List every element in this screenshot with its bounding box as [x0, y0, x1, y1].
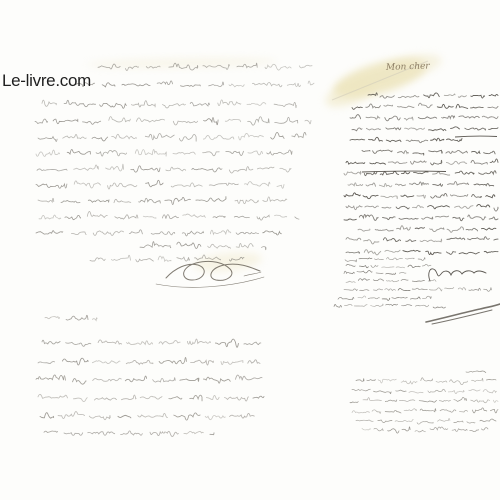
- handwriting-word: [74, 165, 99, 170]
- handwriting-word: [73, 398, 87, 402]
- handwriting-word: [412, 280, 424, 281]
- handwriting-word: [385, 400, 397, 402]
- handwriting-word: [446, 150, 468, 153]
- handwriting-word: [424, 93, 440, 98]
- handwriting-word: [367, 380, 376, 381]
- letter-top-left: [35, 63, 314, 262]
- handwriting-word: [447, 138, 463, 141]
- handwriting-word: [429, 288, 442, 291]
- handwriting-word: [190, 395, 202, 401]
- handwriting-word: [370, 163, 386, 165]
- handwriting-word: [348, 183, 363, 186]
- handwriting-word: [366, 128, 380, 130]
- handwriting-word: [67, 150, 90, 155]
- handwriting-word: [280, 168, 291, 172]
- handwriting-word: [229, 84, 244, 87]
- handwriting-word: [64, 100, 96, 107]
- handwriting-word: [469, 390, 480, 391]
- handwriting-word: [210, 433, 214, 435]
- handwriting-word: [364, 172, 377, 176]
- handwriting-word: [346, 264, 355, 266]
- handwriting-word: [179, 134, 196, 141]
- handwriting-word: [346, 281, 355, 282]
- handwriting-word: [171, 183, 202, 187]
- handwriting-word: [203, 152, 220, 156]
- handwriting-word: [418, 258, 425, 261]
- handwriting-word: [210, 230, 230, 234]
- handwriting-word: [471, 95, 485, 98]
- handwriting-word: [420, 239, 442, 242]
- handwriting-word: [100, 103, 127, 108]
- handwriting-word: [121, 395, 136, 400]
- page-corner-stroke-path: [432, 310, 492, 324]
- handwriting-word: [65, 215, 81, 219]
- handwriting-word: [190, 102, 209, 106]
- handwriting-word: [44, 431, 58, 433]
- handwriting-word: [490, 159, 498, 163]
- handwriting-word: [404, 117, 413, 120]
- handwriting-word: [415, 228, 424, 229]
- handwriting-word: [455, 171, 474, 174]
- handwriting-word: [402, 427, 410, 431]
- handwriting-word: [38, 361, 55, 363]
- handwriting-word: [486, 195, 495, 198]
- handwriting-word: [371, 265, 378, 267]
- handwriting-word: [409, 182, 428, 186]
- handwriting-word: [159, 357, 186, 363]
- handwriting-word: [122, 84, 150, 86]
- handwriting-word: [440, 410, 456, 413]
- handwriting-word: [471, 400, 490, 403]
- handwriting-word: [396, 390, 407, 391]
- handwriting-word: [209, 82, 224, 87]
- handwriting-word: [93, 378, 122, 381]
- handwriting-word: [459, 116, 480, 118]
- handwriting-word: [365, 206, 379, 208]
- handwriting-word: [460, 410, 468, 412]
- handwriting-word: [417, 421, 433, 424]
- handwriting-word: [125, 376, 146, 382]
- handwriting-word: [386, 304, 398, 305]
- handwriting-word: [204, 118, 219, 125]
- handwriting-word: [466, 371, 486, 373]
- handwriting-word: [381, 196, 397, 199]
- fragment-bottom-right: [350, 371, 498, 433]
- handwriting-word: [92, 318, 97, 321]
- handwriting-word: [494, 239, 498, 240]
- handwriting-word: [405, 128, 425, 130]
- handwriting-word: [36, 231, 63, 234]
- handwriting-word: [484, 251, 498, 253]
- handwriting-word: [66, 315, 88, 320]
- handwriting-word: [396, 206, 409, 209]
- handwriting-word: [374, 428, 384, 430]
- handwriting-word: [109, 117, 131, 122]
- handwriting-word: [373, 279, 383, 281]
- handwriting-word: [362, 150, 370, 151]
- handwriting-word: [305, 120, 311, 124]
- handwriting-word: [382, 267, 394, 268]
- handwriting-word: [420, 409, 436, 412]
- handwriting-word: [98, 340, 122, 344]
- handwriting-word: [356, 379, 364, 382]
- handwriting-word: [165, 197, 191, 204]
- handwriting-word: [53, 119, 78, 124]
- watermark-text: Le-livre.com: [2, 71, 91, 91]
- handwriting-word: [469, 288, 481, 290]
- handwriting-word: [459, 252, 479, 254]
- handwriting-word: [488, 107, 498, 109]
- handwriting-word: [35, 119, 48, 123]
- handwriting-word: [36, 150, 60, 156]
- handwriting-word: [374, 259, 383, 260]
- handwriting-word: [299, 65, 312, 68]
- handwriting-word: [453, 217, 464, 220]
- handwriting-word: [106, 164, 124, 171]
- handwriting-word: [368, 298, 379, 299]
- handwriting-word: [428, 389, 446, 392]
- handwriting-word: [436, 381, 447, 382]
- handwriting-word: [418, 117, 436, 119]
- handwriting-word: [92, 137, 108, 141]
- handwriting-word: [39, 215, 61, 219]
- handwriting-word: [423, 296, 432, 299]
- handwriting-word: [401, 195, 414, 197]
- handwriting-word: [395, 420, 413, 422]
- handwriting-word: [465, 128, 486, 130]
- handwriting-word: [481, 428, 488, 430]
- handwriting-word: [385, 410, 401, 413]
- handwriting-word: [151, 232, 175, 235]
- handwriting-word: [140, 396, 162, 399]
- handwriting-word: [447, 227, 463, 233]
- handwriting-word: [131, 101, 155, 107]
- handwriting-word: [494, 400, 499, 402]
- handwriting-word: [413, 205, 424, 208]
- handwriting-word: [409, 392, 423, 394]
- handwriting-word: [352, 128, 362, 131]
- handwriting-word: [226, 151, 244, 155]
- handwriting-word: [230, 413, 255, 418]
- handwriting-word: [88, 200, 109, 203]
- handwriting-word: [359, 258, 372, 259]
- handwriting-word: [380, 171, 398, 174]
- handwriting-word: [433, 184, 443, 186]
- handwriting-word: [479, 171, 497, 175]
- handwriting-word: [430, 427, 448, 430]
- handwriting-word: [385, 250, 400, 252]
- handwriting-word: [136, 259, 154, 262]
- handwriting-word: [458, 96, 466, 98]
- handwriting-word: [146, 180, 164, 187]
- handwriting-word: [490, 409, 498, 413]
- handwriting-word: [473, 408, 487, 413]
- handwriting-word: [383, 217, 396, 220]
- handwriting-word: [431, 138, 444, 141]
- handwriting-word: [345, 260, 357, 262]
- handwriting-word: [382, 207, 391, 208]
- handwriting-word: [248, 360, 260, 364]
- handwriting-word: [398, 95, 419, 97]
- handwriting-word: [371, 304, 384, 306]
- handwriting-word: [177, 242, 201, 248]
- handwriting-word: [127, 341, 153, 345]
- handwriting-word: [236, 232, 259, 234]
- handwriting-word: [42, 340, 60, 344]
- handwriting-word: [108, 183, 137, 189]
- handwriting-word: [308, 81, 314, 85]
- handwriting-word: [417, 195, 425, 198]
- signature-flourish-path: [156, 277, 264, 287]
- handwriting-word: [448, 390, 464, 393]
- handwriting-word: [401, 381, 417, 384]
- handwriting-word: [234, 216, 249, 218]
- handwriting-word: [385, 116, 400, 121]
- signature-flourish-path: [244, 272, 261, 276]
- handwriting-word: [382, 298, 390, 300]
- handwriting-word: [338, 297, 354, 299]
- handwriting-word: [263, 197, 287, 202]
- handwriting-word: [399, 218, 418, 219]
- handwriting-word: [356, 420, 373, 421]
- handwriting-word: [136, 118, 164, 122]
- handwriting-word: [489, 217, 498, 220]
- handwriting-word: [221, 361, 243, 365]
- handwriting-word: [203, 377, 230, 383]
- handwriting-word: [95, 398, 117, 400]
- handwriting-word: [187, 339, 210, 345]
- postscript-top-right: [334, 257, 491, 308]
- handwriting-word: [398, 288, 410, 290]
- handwriting-word: [402, 172, 410, 174]
- handwriting-word: [359, 266, 368, 268]
- handwriting-word: [88, 432, 115, 436]
- handwriting-word: [38, 137, 57, 142]
- handwriting-word: [239, 133, 264, 140]
- handwriting-word: [439, 400, 450, 401]
- handwriting-word: [183, 214, 206, 217]
- handwriting-word: [180, 85, 200, 87]
- handwriting-word: [410, 297, 420, 299]
- handwriting-word: [364, 240, 379, 244]
- handwriting-word: [102, 83, 115, 87]
- handwriting-word: [257, 215, 269, 220]
- handwriting-word: [373, 289, 382, 290]
- handwriting-word: [287, 83, 300, 87]
- handwriting-word: [472, 194, 482, 197]
- handwriting-word: [468, 215, 486, 220]
- handwriting-word: [448, 182, 469, 185]
- handwriting-word: [184, 431, 203, 433]
- handwriting-word: [36, 375, 65, 380]
- handwriting-word: [450, 194, 467, 196]
- handwriting-word: [405, 258, 414, 259]
- handwriting-word: [415, 430, 425, 432]
- handwriting-word: [431, 193, 447, 198]
- handwriting-word: [129, 230, 142, 234]
- handwriting-word: [265, 64, 291, 70]
- handwriting-word: [406, 240, 416, 242]
- handwriting-word: [358, 279, 369, 281]
- handwriting-word: [38, 394, 68, 398]
- handwriting-word: [96, 150, 127, 156]
- handwriting-word: [358, 296, 366, 298]
- handwriting-word: [350, 402, 358, 403]
- handwriting-word: [244, 342, 261, 344]
- handwriting-word: [429, 150, 443, 153]
- handwriting-word: [83, 121, 101, 124]
- handwriting-word: [372, 410, 381, 414]
- handwriting-word: [468, 237, 490, 240]
- handwriting-word: [373, 150, 393, 153]
- handwriting-word: [257, 167, 274, 169]
- handwriting-word: [150, 431, 178, 436]
- inline-script-word-path: [429, 269, 486, 281]
- handwriting-word: [145, 134, 174, 140]
- handwriting-word: [375, 229, 393, 231]
- handwriting-word: [406, 140, 428, 143]
- handwriting-word: [366, 183, 376, 186]
- handwriting-word: [366, 116, 380, 119]
- handwriting-word: [253, 82, 282, 86]
- handwriting-word: [73, 379, 87, 385]
- handwriting-word: [345, 304, 353, 305]
- handwriting-word: [344, 271, 354, 274]
- handwriting-word: [235, 200, 258, 204]
- handwriting-word: [126, 360, 153, 364]
- handwriting-word: [396, 267, 405, 268]
- handwriting-word: [388, 429, 399, 433]
- handwriting-word: [115, 215, 138, 219]
- handwriting-word: [208, 244, 231, 248]
- handwriting-word: [482, 228, 496, 230]
- handwriting-word: [378, 420, 392, 423]
- handwriting-word: [87, 211, 107, 217]
- handwriting-word: [209, 183, 238, 186]
- handwriting-word: [74, 181, 100, 188]
- handwriting-word: [421, 378, 433, 381]
- handwriting-word: [374, 391, 392, 394]
- handwriting-word: [484, 151, 496, 154]
- handwriting-word: [92, 361, 120, 364]
- handwriting-word: [395, 184, 405, 186]
- handwriting-word: [364, 250, 380, 255]
- handwriting-word: [363, 195, 378, 198]
- handwriting-word: [247, 103, 266, 106]
- handwriting-word: [166, 167, 186, 171]
- handwriting-word: [346, 238, 361, 241]
- handwriting-word: [437, 418, 450, 421]
- handwriting-word: [61, 201, 80, 203]
- handwriting-word: [472, 378, 484, 381]
- handwriting-word: [454, 397, 467, 401]
- handwriting-word: [418, 103, 432, 108]
- handwriting-word: [383, 238, 400, 242]
- handwriting-word: [139, 198, 161, 203]
- handwriting-word: [62, 358, 88, 365]
- handwriting-word: [446, 252, 455, 255]
- handwriting-word: [93, 231, 123, 236]
- handwriting-word: [153, 378, 176, 382]
- handwriting-word: [352, 411, 369, 413]
- handwriting-word: [385, 289, 396, 291]
- handwriting-word: [131, 166, 160, 172]
- handwriting-word: [263, 231, 282, 235]
- handwriting-word: [277, 185, 284, 189]
- handwriting-word: [446, 161, 466, 164]
- handwriting-word: [422, 264, 431, 266]
- handwriting-word: [399, 400, 415, 402]
- paper-stain: [87, 56, 277, 69]
- handwriting-word: [437, 104, 453, 108]
- handwriting-word: [366, 104, 381, 108]
- handwriting-word: [397, 226, 411, 230]
- handwriting-word: [180, 378, 199, 381]
- handwriting-word: [433, 172, 450, 175]
- handwriting-word: [452, 429, 467, 432]
- handwriting-word: [398, 151, 409, 154]
- handwriting-word: [482, 116, 498, 118]
- handwriting-word: [344, 289, 358, 291]
- handwriting-word: [486, 379, 496, 380]
- handwriting-underline: [455, 136, 497, 137]
- handwriting-word: [346, 161, 365, 164]
- handwriting-word: [218, 100, 241, 106]
- handwriting-word: [362, 429, 371, 430]
- handwriting-word: [174, 413, 200, 420]
- handwriting-word: [386, 280, 399, 281]
- handwriting-word: [480, 419, 496, 421]
- handwriting-word: [236, 243, 253, 247]
- handwriting-word: [45, 317, 60, 319]
- handwriting-word: [451, 127, 460, 129]
- handwriting-word: [72, 232, 87, 235]
- handwriting-word: [63, 134, 86, 138]
- handwriting-word: [403, 250, 420, 252]
- handwriting-word: [229, 167, 253, 173]
- handwriting-word: [412, 288, 427, 290]
- handwriting-word: [191, 360, 214, 365]
- handwriting-word: [472, 151, 480, 153]
- handwriting-word: [248, 151, 263, 155]
- handwriting-word: [419, 400, 436, 402]
- handwriting-word: [346, 252, 360, 254]
- handwriting-word: [36, 184, 67, 188]
- handwriting-word: [428, 206, 450, 209]
- handwriting-word: [433, 307, 445, 308]
- handwriting-word: [173, 121, 197, 125]
- handwriting-word: [354, 305, 367, 307]
- handwriting-word: [236, 375, 263, 380]
- handwriting-word: [388, 162, 407, 164]
- handwriting-word: [352, 389, 370, 391]
- handwriting-word: [350, 139, 365, 140]
- handwriting-word: [379, 183, 391, 186]
- handwriting-word: [267, 150, 292, 155]
- handwriting-word: [42, 100, 56, 106]
- handwriting-word: [477, 204, 490, 207]
- handwriting-word: [118, 415, 131, 418]
- handwriting-word: [442, 116, 455, 119]
- handwriting-word: [352, 107, 362, 109]
- handwriting-word: [399, 273, 406, 274]
- handwriting-word: [429, 129, 446, 131]
- handwriting-word: [158, 256, 171, 261]
- handwriting-word: [470, 430, 479, 432]
- handwriting-word: [274, 102, 296, 107]
- handwriting-word: [471, 107, 484, 108]
- letter-bottom-left: [36, 315, 264, 436]
